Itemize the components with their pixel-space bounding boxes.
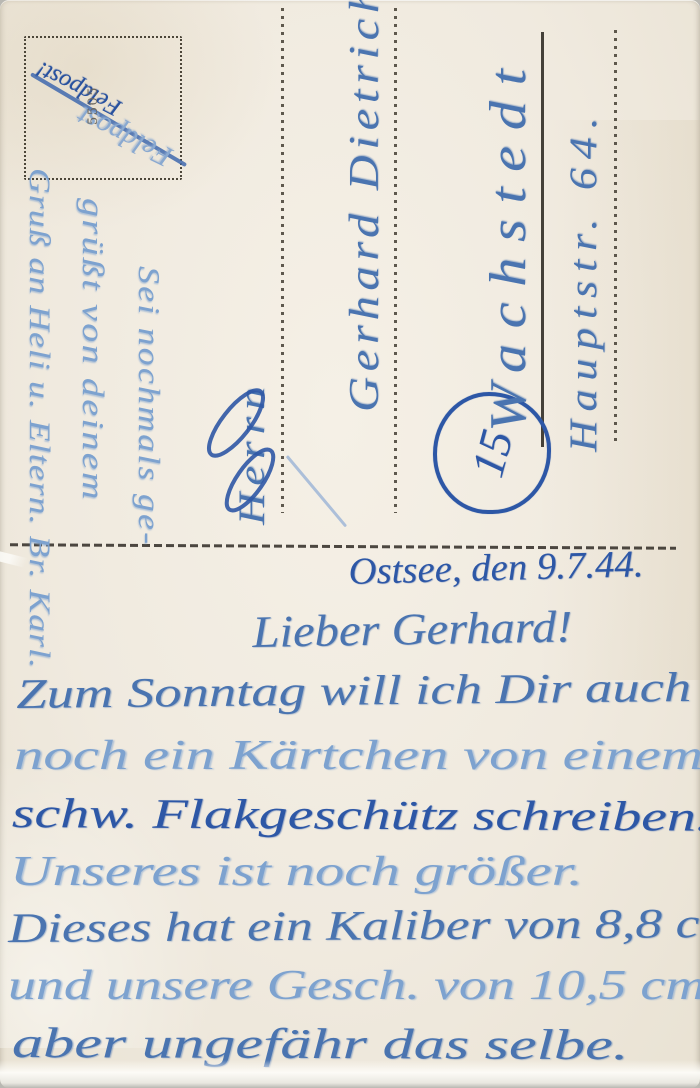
card-bottom-edge (0, 1060, 700, 1088)
ruling-line-solid-town (541, 32, 544, 447)
message-line-3: schw. Flakgeschütz schreiben. (12, 791, 700, 841)
message-line-4: Unseres ist noch größer. (10, 849, 583, 895)
address-town: Wachstedt (480, 54, 540, 432)
message-line-6: und unsere Gesch. von 10,5 cm, (8, 963, 700, 1009)
postcard: Feldpost! Feldpost 5505 Herrn Gerhard Di… (0, 0, 700, 1088)
ruling-line-dotted-name (394, 8, 397, 513)
margin-note-line-1: Sei nochmals ge- (132, 266, 166, 546)
stamp-box: Feldpost! Feldpost 5505 (24, 36, 182, 180)
postal-code: 15 (460, 424, 523, 482)
recipient-name: Gerhard Dietrich (342, 0, 394, 412)
ruling-line-dotted-street (614, 30, 617, 446)
message-line-5: Dieses hat ein Kaliber von 8,8 cm (8, 901, 700, 952)
message-line-2: noch ein Kärtchen von einem (14, 733, 700, 779)
message-line-1: Zum Sonntag will ich Dir auch (16, 665, 691, 718)
message-salutation: Lieber Gerhard! (252, 602, 573, 657)
margin-note-line-2: grüßt von deinem (76, 198, 110, 502)
printer-mark: 5505 (86, 86, 101, 125)
capital-flourish (198, 378, 288, 528)
message-dateline: Ostsee, den 9.7.44. (348, 544, 644, 594)
flourish-tail-stroke (286, 455, 347, 527)
address-street: Hauptstr. 64. (563, 109, 613, 452)
margin-note-line-3: Gruß an Heli u. Eltern. Br. Karl. (23, 168, 56, 669)
postcard-photo: { "stamp_box": { "note_primary": "Feldpo… (0, 0, 700, 1088)
